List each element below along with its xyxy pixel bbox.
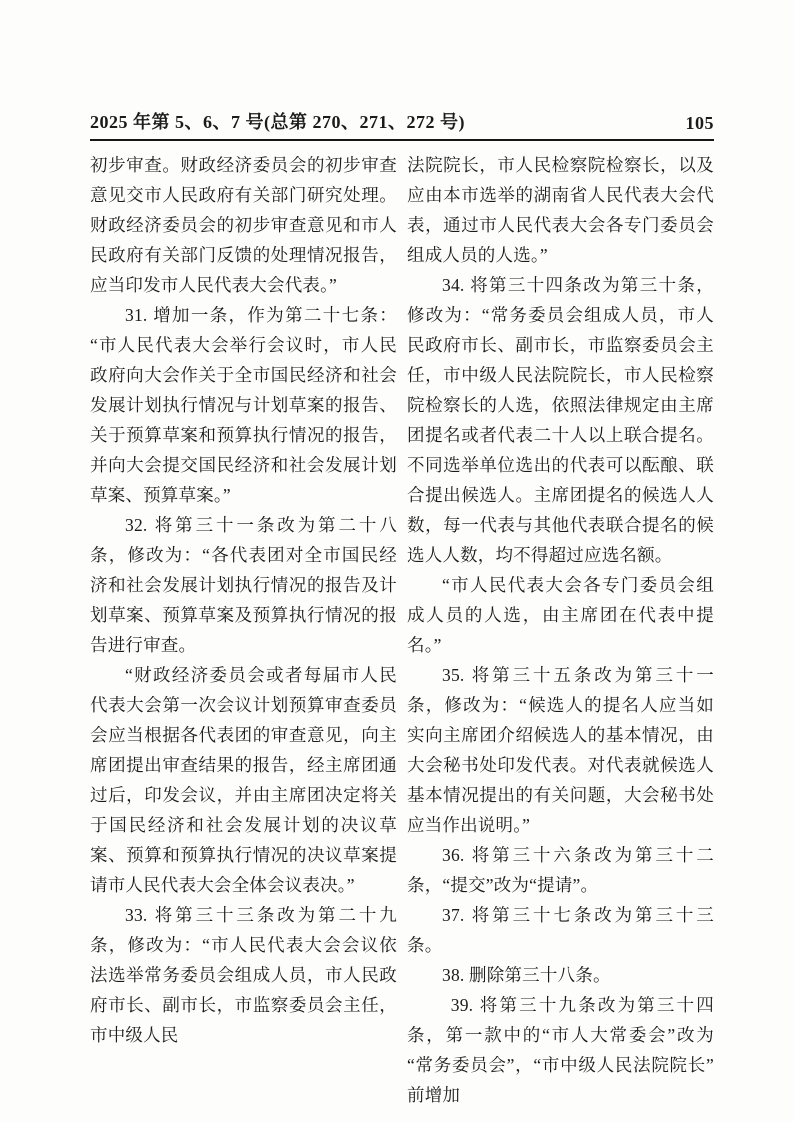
document-page: 2025 年第 5、6、7 号(总第 270、271、272 号) 105 初步…	[0, 0, 794, 1122]
issue-label: 2025 年第 5、6、7 号(总第 270、271、272 号)	[90, 108, 465, 134]
amendment-item-32-quote-continuation: “财政经济委员会或者每届市人民代表大会第一次会议计划预算审查委员会应当根据各代表…	[90, 660, 397, 900]
amendment-item-38: 38. 删除第三十八条。	[407, 960, 714, 990]
page-number: 105	[686, 113, 715, 134]
amendment-item-33: 33. 将第三十三条改为第二十九条，修改为：“市人民代表大会会议依法选举常务委员…	[90, 900, 397, 1050]
right-column: 法院院长，市人民检察院检察长，以及应由本市选举的湖南省人民代表大会代表，通过市人…	[407, 150, 714, 1110]
paragraph-continuation: 法院院长，市人民检察院检察长，以及应由本市选举的湖南省人民代表大会代表，通过市人…	[407, 150, 714, 270]
amendment-item-31: 31. 增加一条，作为第二十七条：“市人民代表大会举行会议时，市人民政府向大会作…	[90, 300, 397, 510]
amendment-item-35: 35. 将第三十五条改为第三十一条，修改为：“候选人的提名人应当如实向主席团介绍…	[407, 660, 714, 840]
amendment-item-34-quote-continuation: “市人民代表大会各专门委员会组成人员的人选，由主席团在代表中提名。”	[407, 570, 714, 660]
amendment-item-37: 37. 将第三十七条改为第三十三条。	[407, 900, 714, 960]
amendment-item-36: 36. 将第三十六条改为第三十二条，“提交”改为“提请”。	[407, 840, 714, 900]
paragraph-continuation: 初步审查。财政经济委员会的初步审查意见交市人民政府有关部门研究处理。财政经济委员…	[90, 150, 397, 300]
amendment-item-32: 32. 将第三十一条改为第二十八条，修改为：“各代表团对全市国民经济和社会发展计…	[90, 510, 397, 660]
page-header: 2025 年第 5、6、7 号(总第 270、271、272 号) 105	[90, 108, 714, 141]
page-content: 2025 年第 5、6、7 号(总第 270、271、272 号) 105 初步…	[0, 0, 794, 1110]
document-body: 初步审查。财政经济委员会的初步审查意见交市人民政府有关部门研究处理。财政经济委员…	[90, 150, 714, 1110]
left-column: 初步审查。财政经济委员会的初步审查意见交市人民政府有关部门研究处理。财政经济委员…	[90, 150, 397, 1110]
amendment-item-34: 34. 将第三十四条改为第三十条，修改为：“常务委员会组成人员，市人民政府市长、…	[407, 270, 714, 570]
amendment-item-39: 39. 将第三十九条改为第三十四条，第一款中的“市人大常委会”改为“常务委员会”…	[407, 990, 714, 1110]
